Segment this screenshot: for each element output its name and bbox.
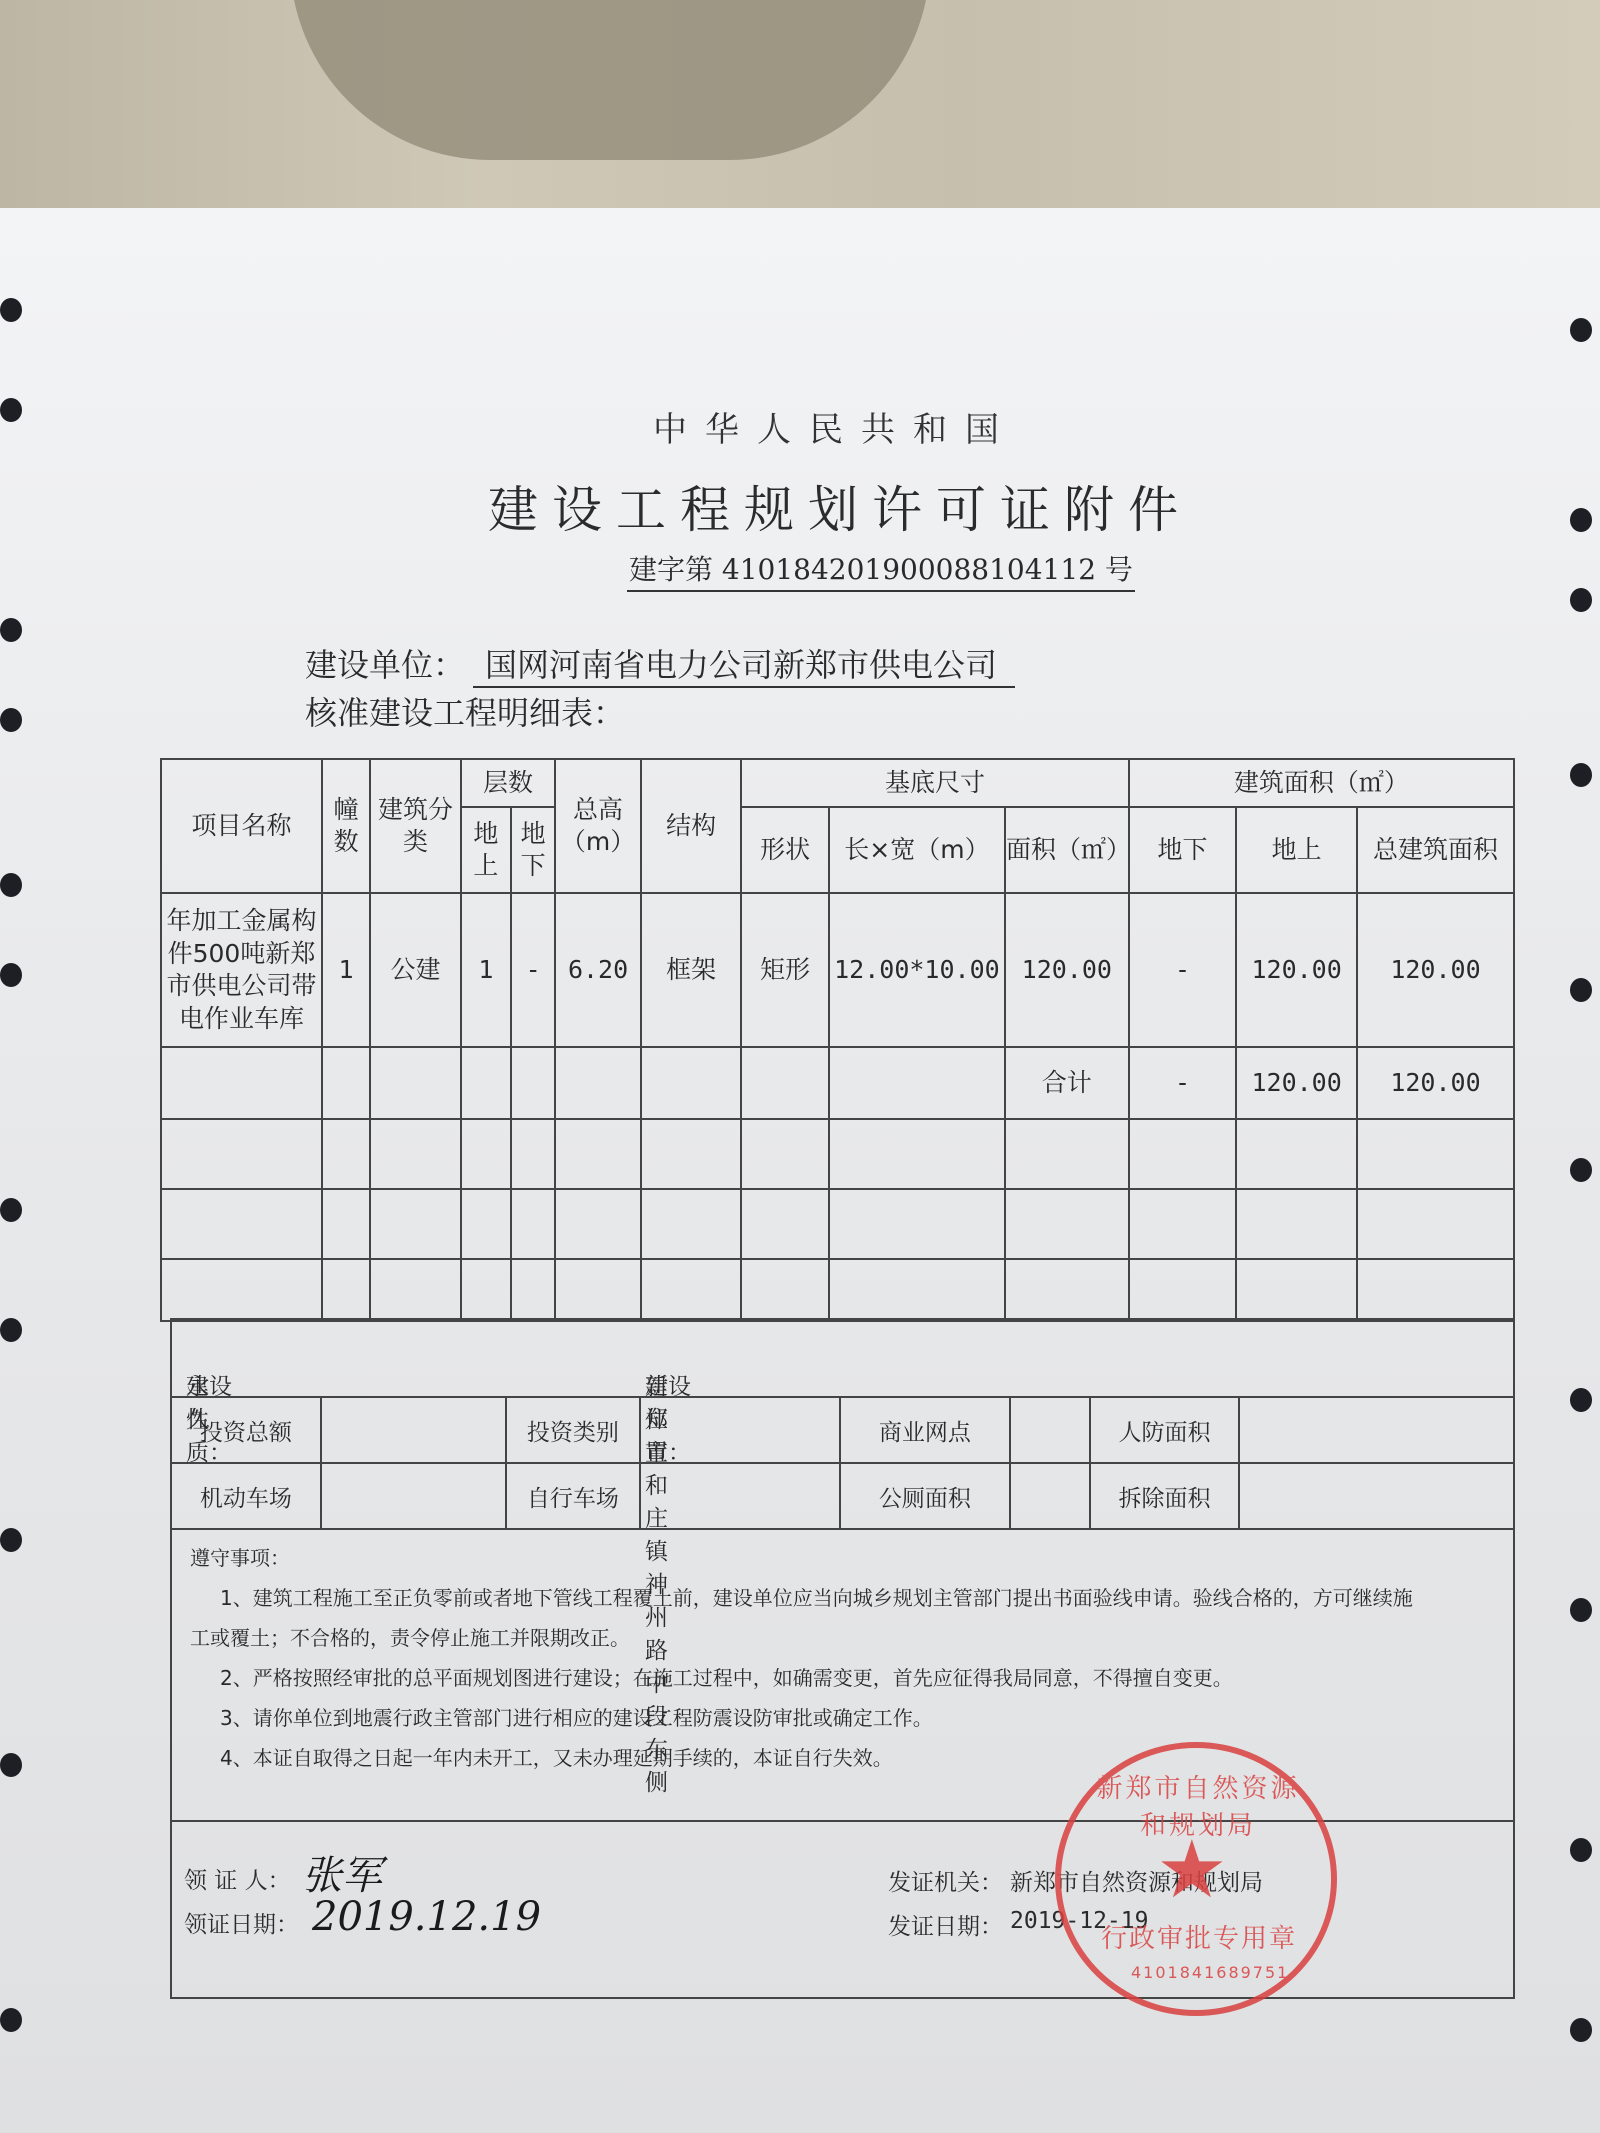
construction-unit-value: 国网河南省电力公司新郑市供电公司 [473, 640, 1015, 688]
header-structure: 结构 [641, 759, 742, 893]
field-value [1239, 1463, 1514, 1529]
header-project-name: 项目名称 [161, 759, 322, 893]
header-area-below: 地下 [1129, 807, 1237, 893]
feed-hole [1570, 1598, 1592, 1622]
cell-category: 公建 [370, 893, 461, 1047]
compliance-notes: 遵守事项： 1、建筑工程施工至正负零前或者地下管线工程覆土前，建设单位应当向城乡… [170, 1530, 1515, 1822]
document-title: 建设工程规划许可证附件 [0, 470, 1600, 542]
nature-value: 永久 [186, 1368, 209, 1434]
feed-hole [0, 1528, 22, 1552]
header-floors-above: 地上 [461, 807, 511, 893]
background-shadow [290, 0, 930, 160]
header-length-width: 长×宽（m） [829, 807, 1005, 893]
feed-hole [1570, 318, 1592, 342]
feed-hole [1570, 1158, 1592, 1182]
project-detail-table: 项目名称 幢数 建筑分类 层数 总高（m） 结构 基底尺寸 建筑面积（㎡） 地上… [160, 758, 1515, 1322]
official-seal: 新郑市自然资源和规划局 ★ 行政审批专用章 4101841689751 [1055, 1742, 1337, 2016]
field-value [1010, 1397, 1090, 1463]
field-value [321, 1397, 506, 1463]
country-heading: 中华人民共和国 [0, 402, 1600, 451]
total-area-below: - [1129, 1047, 1237, 1119]
feed-hole [0, 2008, 22, 2032]
header-area-above: 地上 [1236, 807, 1357, 893]
total-area-above: 120.00 [1236, 1047, 1357, 1119]
header-shape: 形状 [741, 807, 829, 893]
receive-date-label: 领证日期： [184, 1906, 299, 1939]
cell-shape: 矩形 [741, 893, 829, 1047]
field-value [1239, 1397, 1514, 1463]
cell-floors-above: 1 [461, 893, 511, 1047]
feed-hole [1570, 763, 1592, 787]
detail-table-label: 核准建设工程明细表： [305, 688, 625, 734]
investment-table: 投资总额 投资类别 商业网点 人防面积 机动车场 自行车场 公厕面积 拆除面积 [170, 1396, 1515, 1530]
field-label: 公厕面积 [840, 1463, 1010, 1529]
permit-number: 建字第 410184201900088104112 号 [627, 548, 1135, 592]
header-floors-below: 地下 [511, 807, 555, 893]
seal-code: 4101841689751 [1131, 1963, 1289, 1982]
issue-date-label: 发证日期： [888, 1908, 1003, 1941]
receive-date: 2019.12.19 [312, 1894, 541, 1940]
recipient-label: 领 证 人： [184, 1862, 291, 1895]
construction-unit: 建设单位：国网河南省电力公司新郑市供电公司 [305, 640, 1015, 688]
field-label: 机动车场 [171, 1463, 321, 1529]
field-value [321, 1463, 506, 1529]
recipient-signature: 张军 [302, 1844, 382, 1901]
feed-hole [0, 1198, 22, 1222]
feed-hole [1570, 1388, 1592, 1412]
cell-count: 1 [322, 893, 370, 1047]
empty-row [161, 1259, 1514, 1321]
cell-total-height: 6.20 [555, 893, 641, 1047]
feed-hole [0, 873, 22, 897]
construction-unit-label: 建设单位： [305, 646, 465, 684]
cell-structure: 框架 [641, 893, 742, 1047]
field-label: 自行车场 [506, 1463, 641, 1529]
note-item: 3、请你单位到地震行政主管部门进行相应的建设工程防震设防审批或确定工作。 [190, 1702, 1503, 1731]
total-area-total: 120.00 [1357, 1047, 1514, 1119]
cell-area-above: 120.00 [1236, 893, 1357, 1047]
issuer-label: 发证机关： [888, 1864, 1003, 1897]
empty-row [161, 1189, 1514, 1259]
cell-area-total: 120.00 [1357, 893, 1514, 1047]
empty-row [161, 1119, 1514, 1189]
field-label: 拆除面积 [1090, 1463, 1240, 1529]
feed-hole [0, 618, 22, 642]
field-value [1010, 1463, 1090, 1529]
header-base-size: 基底尺寸 [741, 759, 1128, 807]
field-label: 商业网点 [840, 1397, 1010, 1463]
feed-hole [0, 1318, 22, 1342]
seal-purpose: 行政审批专用章 [1101, 1918, 1297, 1955]
cell-floors-below: - [511, 893, 555, 1047]
feed-hole [0, 1753, 22, 1777]
cell-project-name: 年加工金属构件500吨新郑市供电公司带电作业车库 [161, 893, 322, 1047]
field-label: 投资类别 [506, 1397, 641, 1463]
nature-location-row: 建设性质：永久 建设位置：新郑市和庄镇神州路中段东侧 [170, 1318, 1515, 1396]
notes-title: 遵守事项： [190, 1542, 1503, 1571]
field-label: 人防面积 [1090, 1397, 1240, 1463]
header-base-area: 面积（㎡） [1005, 807, 1129, 893]
field-value [640, 1463, 840, 1529]
note-item: 4、本证自取得之日起一年内未开工，又未办理延期手续的，本证自行失效。 [190, 1742, 1503, 1771]
table-row: 年加工金属构件500吨新郑市供电公司带电作业车库 1 公建 1 - 6.20 框… [161, 893, 1514, 1047]
feed-hole [0, 298, 22, 322]
total-label: 合计 [1005, 1047, 1129, 1119]
star-icon: ★ [1156, 1830, 1228, 1910]
cell-area-below: - [1129, 893, 1237, 1047]
note-item: 1、建筑工程施工至正负零前或者地下管线工程覆土前，建设单位应当向城乡规划主管部门… [190, 1582, 1503, 1611]
cell-base-area: 120.00 [1005, 893, 1129, 1047]
feed-hole [1570, 978, 1592, 1002]
header-area-total: 总建筑面积 [1357, 807, 1514, 893]
note-item: 2、严格按照经审批的总平面规划图进行建设；在施工过程中，如确需变更，首先应征得我… [190, 1662, 1503, 1691]
note-item: 工或覆土；不合格的，责令停止施工并限期改正。 [190, 1622, 1503, 1651]
header-building-area: 建筑面积（㎡） [1129, 759, 1514, 807]
header-count: 幢数 [322, 759, 370, 893]
cell-length-width: 12.00*10.00 [829, 893, 1005, 1047]
table-total-row: 合计 - 120.00 120.00 [161, 1047, 1514, 1119]
header-category: 建筑分类 [370, 759, 461, 893]
feed-hole [1570, 2018, 1592, 2042]
header-total-height: 总高（m） [555, 759, 641, 893]
header-floors: 层数 [461, 759, 556, 807]
feed-hole [1570, 1838, 1592, 1862]
feed-hole [1570, 588, 1592, 612]
feed-hole [0, 963, 22, 987]
feed-hole [0, 708, 22, 732]
